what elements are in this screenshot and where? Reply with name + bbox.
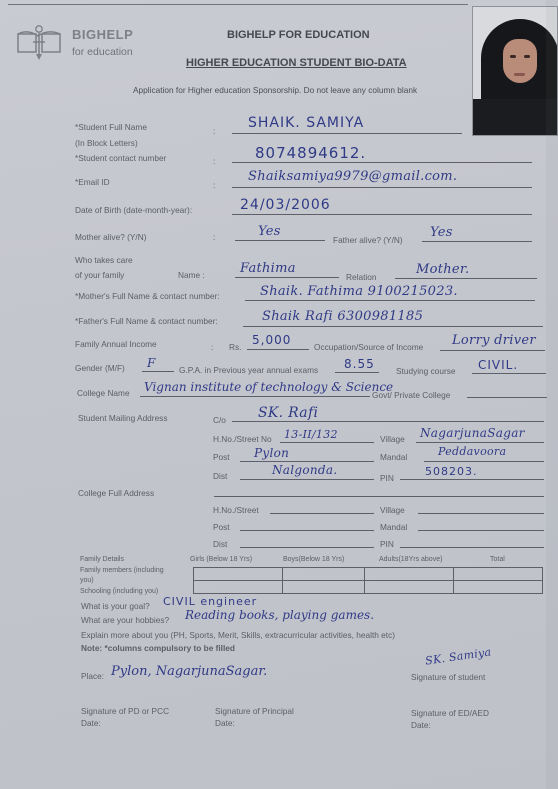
father-name-label: *Father's Full Name & contact number:	[75, 316, 218, 326]
college-name-label: College Name	[77, 388, 130, 398]
page-edge-shadow	[546, 0, 558, 789]
document-title: HIGHER EDUCATION STUDENT BIO-DATA	[186, 57, 407, 69]
pin-label: PIN	[380, 473, 394, 483]
gender-field[interactable]: F	[147, 356, 156, 370]
schooling-boys-cell[interactable]	[283, 581, 365, 594]
hobbies-label: What are your hobbies?	[81, 615, 169, 625]
caretaker-label-2: of your family	[75, 270, 124, 280]
college-post-field[interactable]	[240, 530, 374, 531]
father-alive-label: Father alive? (Y/N)	[333, 235, 403, 245]
goal-label: What is your goal?	[81, 601, 150, 611]
occupation-field[interactable]: Lorry driver	[452, 333, 536, 348]
family-details-label: Family Details	[80, 556, 124, 563]
college-pin-label: PIN	[380, 539, 394, 549]
place-field[interactable]: Pylon, NagarjunaSagar.	[111, 664, 267, 679]
table-row	[194, 581, 543, 594]
top-border-line	[8, 4, 468, 5]
college-mandal-field[interactable]	[418, 530, 544, 531]
student-contact-label: *Student contact number	[75, 153, 166, 163]
email-field[interactable]: Shaiksamiya9979@gmail.com.	[248, 169, 457, 184]
student-contact-field[interactable]: 8074894612.	[255, 144, 366, 162]
dist-label: Dist	[213, 471, 227, 481]
column-total: Total	[490, 556, 505, 563]
college-village-field[interactable]	[418, 513, 544, 514]
gpa-field[interactable]: 8.55	[344, 357, 375, 371]
occupation-label: Occupation/Source of Income	[314, 342, 423, 352]
colon: :	[213, 232, 215, 242]
mandal-label: Mandal	[380, 452, 407, 462]
mother-name-label: *Mother's Full Name & contact number:	[75, 291, 220, 301]
colon: :	[213, 180, 215, 190]
caretaker-label: Who takes care	[75, 255, 133, 265]
college-dist-label: Dist	[213, 539, 227, 549]
colon: :	[213, 156, 215, 166]
bio-data-form: BIGHELP for education BIGHELP FOR EDUCAT…	[0, 0, 558, 789]
brand-name: BIGHELP	[72, 27, 133, 42]
college-village-label: Village	[380, 505, 405, 515]
student-name-field[interactable]: SHAIK. SAMIYA	[248, 115, 364, 131]
dist-field[interactable]: Nalgonda.	[272, 463, 337, 477]
college-type-label: Govt/ Private College	[372, 390, 450, 400]
college-pin-field[interactable]	[400, 547, 544, 548]
caretaker-name-field[interactable]: Fathima	[240, 261, 296, 276]
college-type-field[interactable]	[467, 397, 547, 398]
gender-label: Gender (M/F)	[75, 363, 125, 373]
principal-signature-label: Signature of Principal	[215, 706, 294, 716]
email-label: *Email ID	[75, 177, 110, 187]
father-alive-field[interactable]: Yes	[430, 225, 453, 240]
care-of-field[interactable]: SK. Rafi	[258, 405, 318, 421]
mandal-field[interactable]: Peddavoora	[438, 445, 506, 458]
mother-alive-field[interactable]: Yes	[258, 224, 281, 239]
open-book-with-graduate-icon	[16, 24, 62, 62]
schooling-girls-cell[interactable]	[194, 581, 283, 594]
street-field[interactable]: 13-II/132	[284, 428, 338, 441]
colon: :	[211, 342, 213, 352]
column-girls: Girls (Below 18 Yrs)	[190, 556, 252, 563]
course-field[interactable]: CIVIL.	[478, 358, 518, 372]
column-adults: Adults(18Yrs above)	[379, 556, 442, 563]
org-title: BIGHELP FOR EDUCATION	[227, 29, 370, 41]
goal-field[interactable]: CIVIL engineer	[163, 595, 257, 608]
hobbies-field[interactable]: Reading books, playing games.	[185, 608, 374, 622]
college-address-field[interactable]	[214, 496, 544, 497]
schooling-total-cell[interactable]	[454, 581, 543, 594]
principal-date-label: Date:	[215, 718, 235, 728]
care-of-label: C/o	[213, 415, 226, 425]
family-total-cell[interactable]	[454, 568, 543, 581]
student-signature-label: Signature of student	[411, 672, 485, 682]
compulsory-note: Note: *columns compulsory to be filled	[81, 643, 235, 653]
row-schooling: Schooling (including you)	[80, 588, 158, 595]
colon: :	[213, 126, 215, 136]
post-field[interactable]: Pylon	[254, 446, 289, 460]
family-girls-cell[interactable]	[194, 568, 283, 581]
ed-date-label: Date:	[411, 720, 431, 730]
village-label: Village	[380, 434, 405, 444]
block-letters-label: (In Block Letters)	[75, 138, 138, 148]
form-instructions: Application for Higher education Sponsor…	[133, 85, 417, 95]
row-family-members: Family members (including you)	[80, 566, 175, 586]
gpa-label: G.P.A. in Previous year annual exams	[179, 365, 318, 375]
village-field[interactable]: NagarjunaSagar	[420, 426, 525, 440]
explain-label: Explain more about you (PH, Sports, Meri…	[81, 630, 395, 640]
mother-alive-label: Mother alive? (Y/N)	[75, 232, 146, 242]
street-label: H.No./Street No	[213, 434, 272, 444]
mailing-address-label: Student Mailing Address	[78, 413, 167, 423]
schooling-adults-cell[interactable]	[365, 581, 454, 594]
pd-date-label: Date:	[81, 718, 101, 728]
pin-field[interactable]: 508203.	[425, 465, 478, 478]
college-street-label: H.No./Street	[213, 505, 259, 515]
father-name-field[interactable]: Shaik Rafi 6300981185	[262, 309, 423, 324]
relation-field[interactable]: Mother.	[416, 262, 469, 277]
college-name-field[interactable]: Vignan institute of technology & Science	[144, 380, 393, 394]
family-boys-cell[interactable]	[283, 568, 365, 581]
college-street-field[interactable]	[270, 513, 374, 514]
table-row	[194, 568, 543, 581]
course-label: Studying course	[396, 366, 456, 376]
pd-signature-label: Signature of PD or PCC	[81, 706, 169, 716]
college-mandal-label: Mandal	[380, 522, 407, 532]
dob-label: Date of Birth (date-month-year):	[75, 205, 192, 215]
mother-name-field[interactable]: Shaik. Fathima 9100215023.	[260, 284, 458, 299]
relation-label: Relation	[346, 272, 376, 282]
rupees-prefix: Rs.	[229, 342, 241, 352]
family-adults-cell[interactable]	[365, 568, 454, 581]
brand-subtitle: for education	[72, 46, 133, 58]
caretaker-name-label: Name :	[178, 270, 205, 280]
student-name-label: *Student Full Name	[75, 122, 147, 132]
college-address-label: College Full Address	[78, 488, 154, 498]
college-post-label: Post	[213, 522, 230, 532]
post-label: Post	[213, 452, 230, 462]
place-label: Place:	[81, 671, 104, 681]
column-boys: Boys(Below 18 Yrs)	[283, 556, 344, 563]
income-label: Family Annual Income	[75, 339, 157, 349]
family-details-table	[193, 567, 543, 594]
student-signature[interactable]: SK. Samiya	[424, 645, 492, 667]
college-dist-field[interactable]	[240, 547, 374, 548]
dob-field[interactable]: 24/03/2006	[240, 197, 331, 213]
income-field[interactable]: 5,000	[252, 333, 291, 347]
ed-signature-label: Signature of ED/AED	[411, 708, 489, 718]
